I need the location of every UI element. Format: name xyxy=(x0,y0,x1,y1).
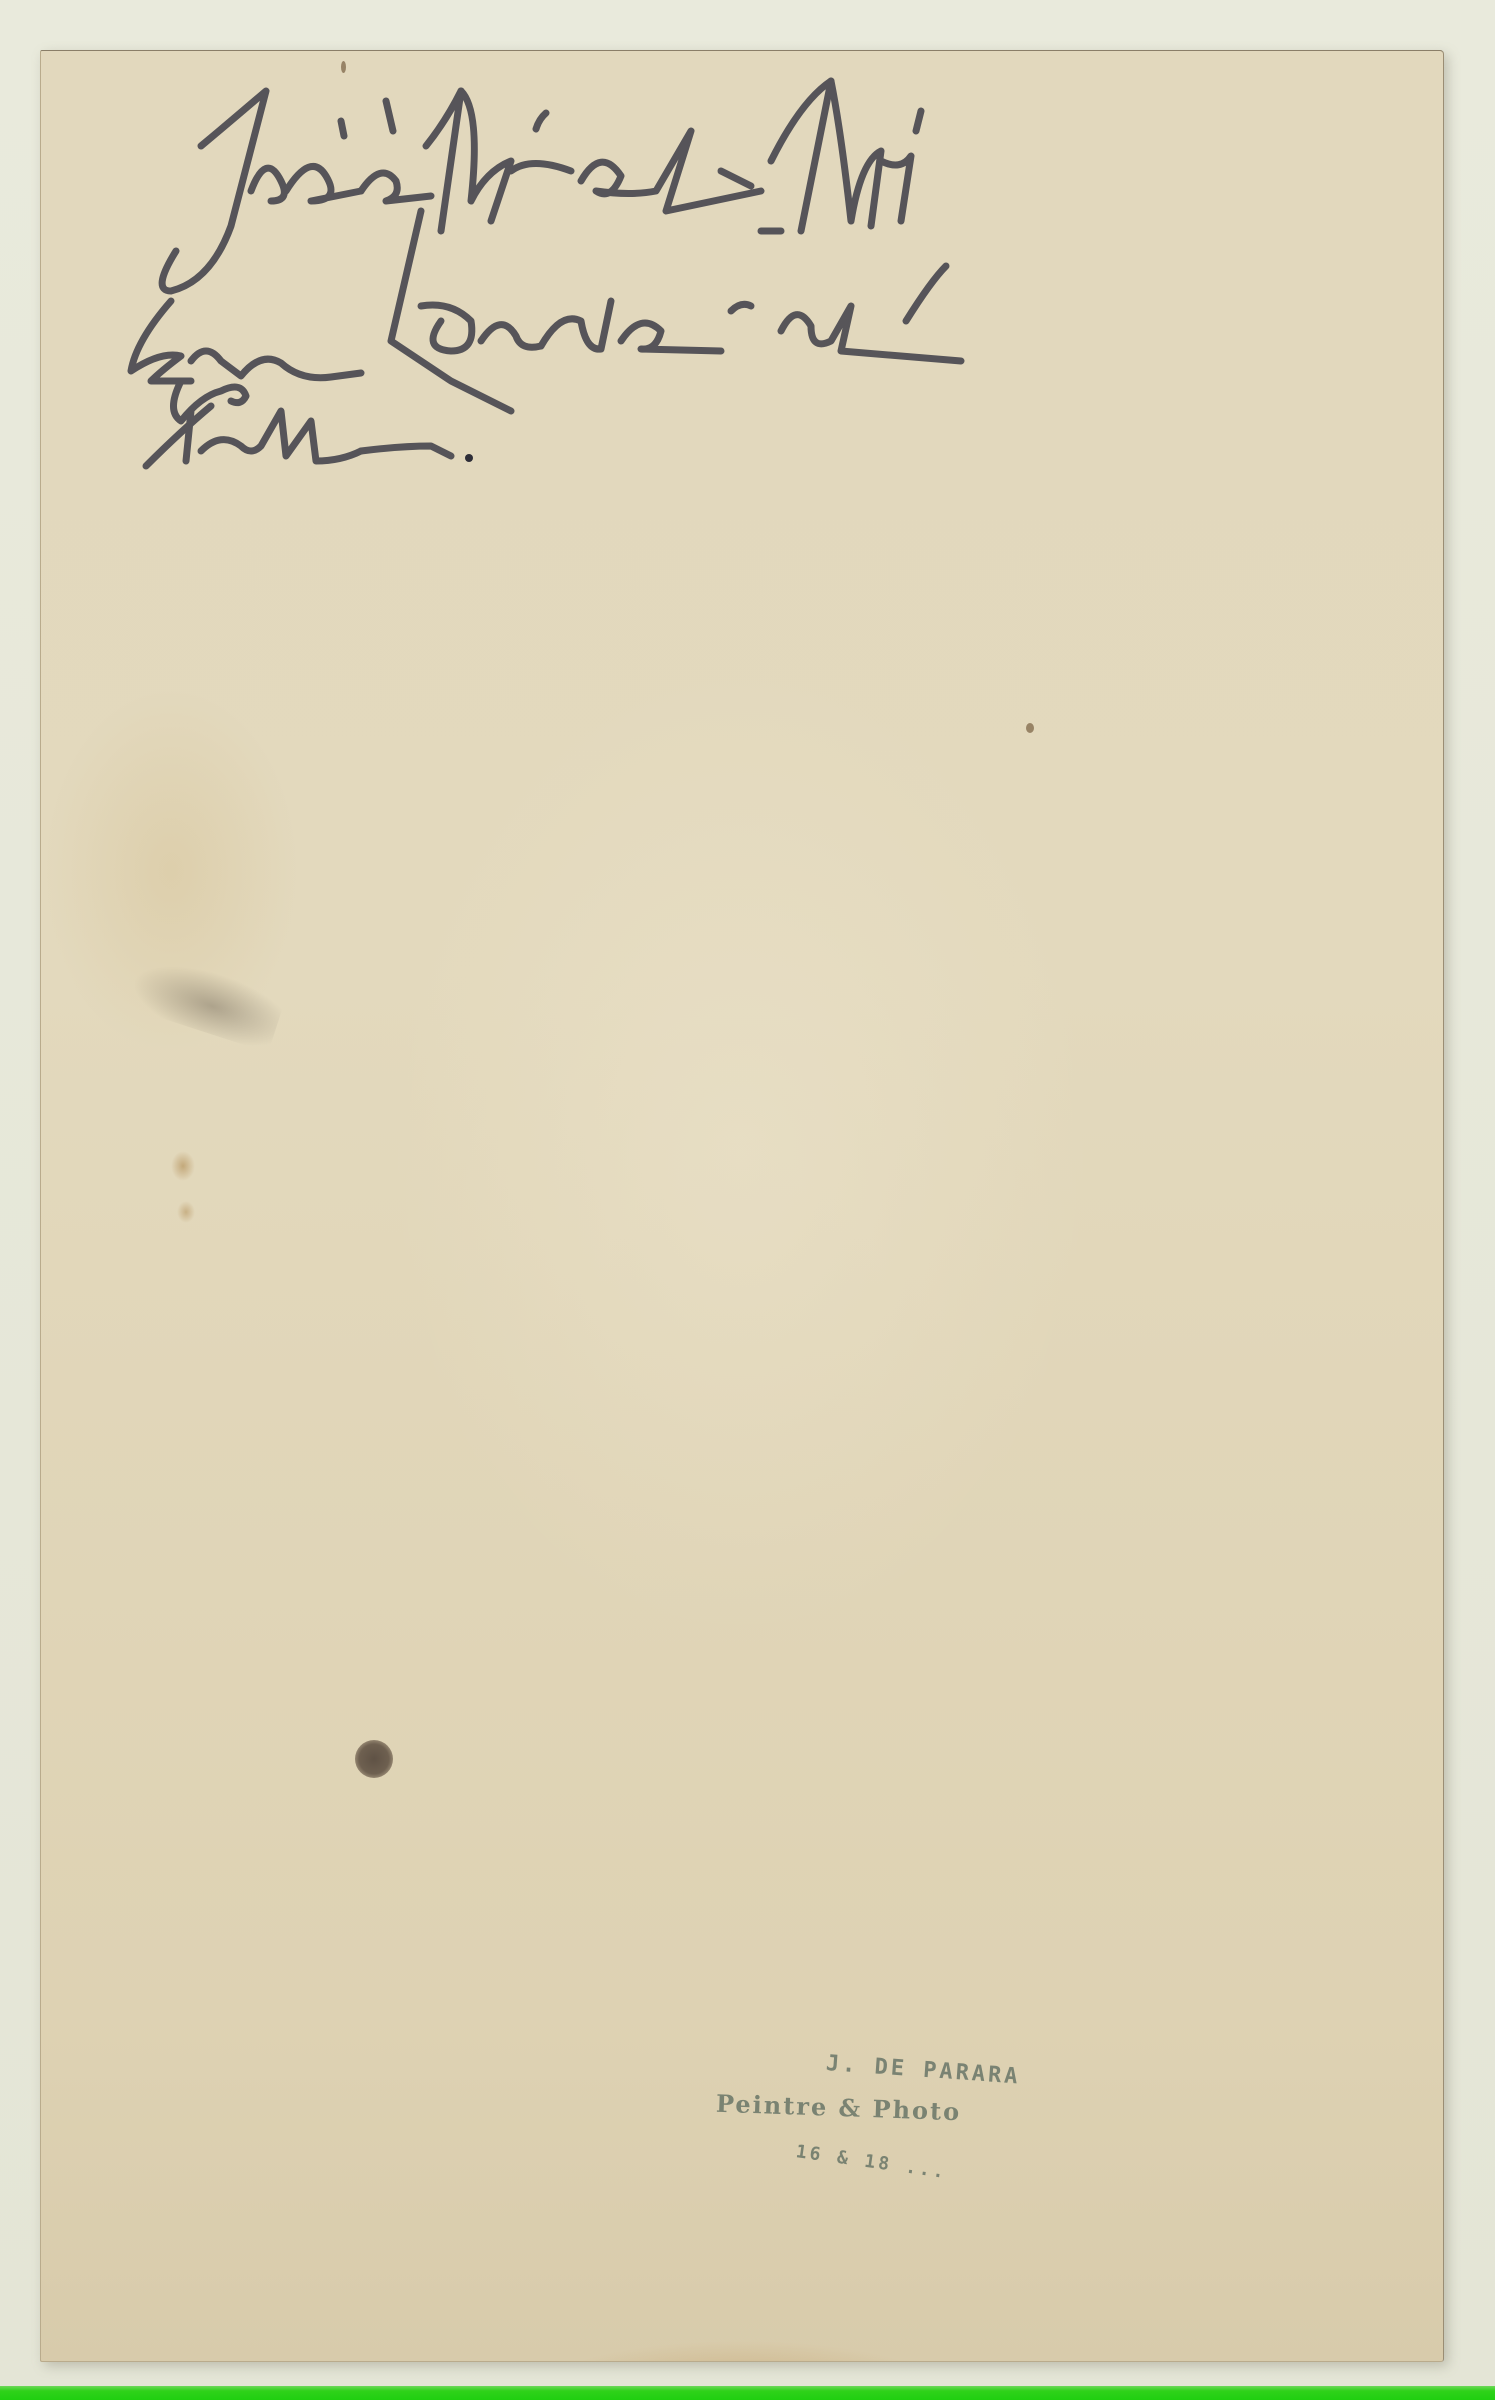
foxing-stain xyxy=(177,1201,195,1223)
bottom-color-strip xyxy=(0,2386,1495,2400)
stamp-studio-name: J. DE PARARA xyxy=(825,2051,1021,2090)
foxing-stain xyxy=(171,1151,195,1181)
speck xyxy=(1026,723,1034,733)
photo-card-back: José M.ª de Mhú era Conde del Valle. J. … xyxy=(40,50,1444,2362)
inscription-line-2: era Conde del xyxy=(161,241,729,334)
photographer-stamp: J. DE PARARA Peintre & Photo 16 & 18 ... xyxy=(686,2031,1106,2181)
dark-spot xyxy=(355,1740,393,1778)
inscription-line-3: Valle. xyxy=(161,371,383,464)
ink-smudge xyxy=(125,949,286,1052)
speck xyxy=(341,61,346,73)
handwritten-inscription: José M.ª de Mhú era Conde del Valle. xyxy=(41,51,1445,501)
stamp-address: 16 & 18 ... xyxy=(795,2141,949,2183)
inscription-line-1: José M.ª de Mhú xyxy=(161,111,835,204)
stamp-profession: Peintre & Photo xyxy=(716,2089,962,2127)
